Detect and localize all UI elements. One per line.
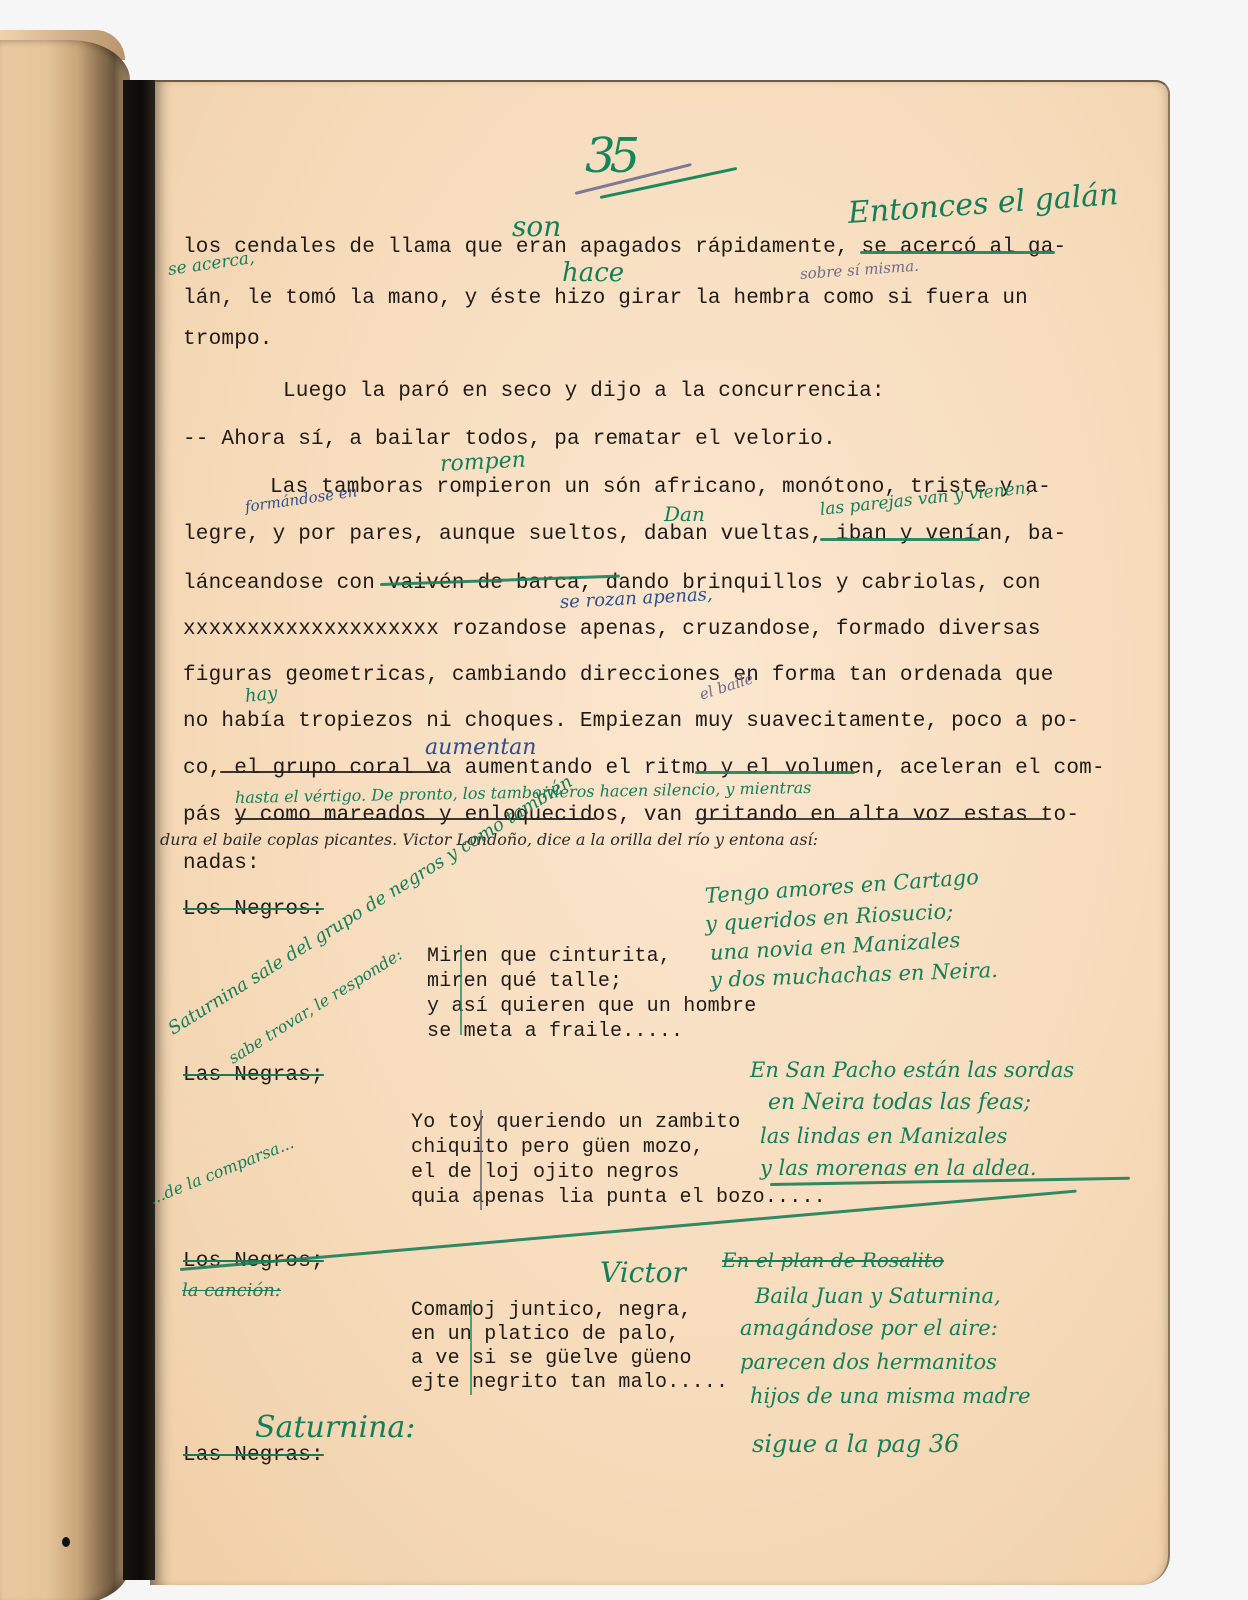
strike-gritando [695,818,1050,820]
strike-mareados [235,818,595,820]
binding-gutter [123,80,155,1580]
annotation-aumentan: aumentan [425,735,536,760]
handwritten-page-number: 35 [585,128,634,184]
annotation-son: son [512,210,561,243]
typed-line-3: trompo. [183,328,273,351]
annotation-hay: hay [244,683,279,707]
binding-hole [62,1537,70,1547]
annotation-hace: hace [562,258,624,288]
annotation-sigue-pag-36: sigue a la pag 36 [752,1430,959,1458]
typed-line-10: figuras geometricas, cambiando direccion… [183,664,1054,687]
annotation-en-el-plan: En el plan de Rosalito [722,1248,944,1272]
right-verse-3-line-4: hijos de una misma madre [750,1384,1031,1408]
scribble-verse-3 [470,1300,650,1395]
right-verse-2-line-4: y las morenas en la aldea. [760,1156,1037,1180]
scribble-verse-1 [460,945,640,1035]
right-verse-3-line-1: Baila Juan y Saturnina, [755,1284,1001,1308]
typed-line-9: xxxxxxxxxxxxxxxxxxxx rozandose apenas, c… [183,618,1041,641]
right-verse-3-line-3: parecen dos hermanitos [740,1350,997,1374]
strike-grupo-coral [220,771,440,773]
typed-line-11: no había tropiezos ni choques. Empiezan … [183,710,1079,733]
annotation-dan: Dan [664,502,705,526]
right-verse-2-line-3: las lindas en Manizales [760,1124,1007,1148]
speaker-las-negras-2: Las Negras: [183,1444,324,1467]
typed-line-1: los cendales de llama que eran apagados … [183,236,1066,259]
scribble-verse-2 [480,1110,680,1210]
right-verse-3-line-2: amagándose por el aire: [740,1316,998,1340]
speaker-las-negras: Las Negras; [183,1064,324,1087]
annotation-saturnina: Saturnina: [255,1410,415,1445]
typed-line-12: co, el grupo coral va aumentando el ritm… [183,757,1105,780]
typed-line-2: lán, le tomó la mano, y éste hizo girar … [183,287,1028,310]
annotation-victor: Victor [600,1256,686,1289]
speaker-los-negros: Los Negros: [183,898,324,921]
typed-line-4: Luego la paró en seco y dijo a la concur… [283,380,885,403]
typed-line-7: legre, y por pares, aunque sueltos, daba… [183,523,1066,546]
typed-line-14: nadas: [183,852,260,875]
typed-line-13: pás y como mareados y enloquecidos, van … [183,804,1079,827]
right-verse-2-line-2: en Neira todas las feas; [768,1090,1031,1115]
strike-volumen [695,771,855,774]
strike-ibanvenian [820,538,980,541]
strike-acerco [860,251,1055,254]
right-verse-2-line-1: En San Pacho están las sordas [750,1058,1074,1082]
curled-left-page [0,40,130,1600]
annotation-rompen: rompen [439,448,526,477]
annotation-la-cancion: la canción: [182,1280,281,1301]
